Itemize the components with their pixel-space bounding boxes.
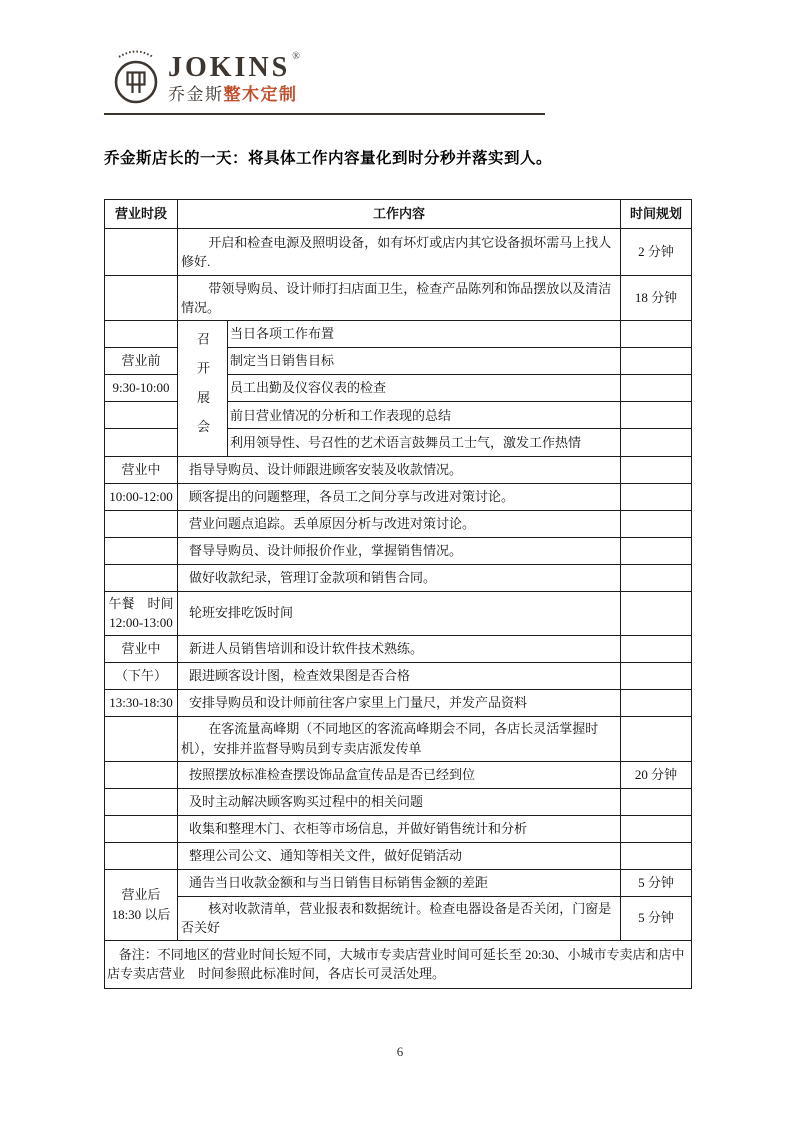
period-cell (105, 510, 178, 537)
period-line-2: 12:00-13:00 (107, 613, 175, 633)
content-cell: 整理公司公文、通知等相关文件，做好促销活动 (178, 842, 621, 869)
period-cell (105, 564, 178, 591)
time-cell (621, 375, 692, 402)
period-line-1: 营业后 (107, 885, 175, 905)
time-cell (621, 788, 692, 815)
time-cell (621, 564, 692, 591)
content-cell: 督导导购员、设计师报价作业，掌握销售情况。 (178, 537, 621, 564)
time-cell (621, 429, 692, 456)
brand-name: JOKINS (168, 54, 290, 82)
content-cell: 按照摆放标准检查摆设饰品盒宣传品是否已经到位 (178, 761, 621, 788)
time-cell (621, 815, 692, 842)
period-cell (105, 815, 178, 842)
time-cell (621, 842, 692, 869)
period-line-2: 18:30 以后 (107, 905, 175, 925)
table-row: 督导导购员、设计师报价作业，掌握销售情况。 (105, 537, 692, 564)
time-cell (621, 689, 692, 716)
schedule-table-container: 营业时段 工作内容 时间规划 开启和检查电源及照明设备，如有坏灯或店内其它设备损… (104, 199, 692, 989)
time-cell: 20 分钟 (621, 761, 692, 788)
task-cell: 当日各项工作布置 (228, 321, 621, 348)
header-divider (104, 113, 545, 115)
time-cell (621, 483, 692, 510)
time-cell (621, 591, 692, 635)
table-row: 带领导购员、设计师打扫店面卫生，检查产品陈列和饰品摆放以及清洁情况。 18 分钟 (105, 276, 692, 321)
table-row: 营业中 新进人员销售培训和设计软件技术熟练。 (105, 635, 692, 662)
period-cell (105, 276, 178, 321)
content-cell: 带领导购员、设计师打扫店面卫生，检查产品陈列和饰品摆放以及清洁情况。 (178, 276, 621, 321)
table-row: 营业问题点追踪。丢单原因分析与改进对策讨论。 (105, 510, 692, 537)
table-row: 开启和检查电源及照明设备，如有坏灯或店内其它设备损坏需马上找人修好. 2 分钟 (105, 229, 692, 276)
table-row: 营业中 指导导购员、设计师跟进顾客安装及收款情况。 (105, 456, 692, 483)
content-cell: 安排导购员和设计师前往客户家里上门量尺，并发产品资料 (178, 689, 621, 716)
table-header-row: 营业时段 工作内容 时间规划 (105, 200, 692, 229)
period-cell: 营业前 (105, 348, 178, 375)
table-row: 做好收款纪录，管理订金款项和销售合同。 (105, 564, 692, 591)
time-cell: 18 分钟 (621, 276, 692, 321)
table-row: 收集和整理木门、衣柜等市场信息，并做好销售统计和分析 (105, 815, 692, 842)
meeting-label-cell: 召开展会 (178, 321, 228, 457)
content-cell: 指导导购员、设计师跟进顾客安装及收款情况。 (178, 456, 621, 483)
schedule-table: 营业时段 工作内容 时间规划 开启和检查电源及照明设备，如有坏灯或店内其它设备损… (104, 199, 692, 989)
time-cell (621, 321, 692, 348)
period-cell (105, 788, 178, 815)
content-cell: 营业问题点追踪。丢单原因分析与改进对策讨论。 (178, 510, 621, 537)
logo-arc-ornament-icon (115, 48, 157, 59)
period-cell: 营业后 18:30 以后 (105, 869, 178, 940)
content-cell: 收集和整理木门、衣柜等市场信息，并做好销售统计和分析 (178, 815, 621, 842)
content-cell: 通告当日收款金额和与当日销售目标销售金额的差距 (178, 869, 621, 896)
period-cell (105, 537, 178, 564)
task-cell: 利用领导性、号召性的艺术语言鼓舞员工士气，激发工作热情 (228, 429, 621, 456)
period-cell (105, 842, 178, 869)
table-row: 营业后 18:30 以后 通告当日收款金额和与当日销售目标销售金额的差距 5 分… (105, 869, 692, 896)
period-cell: 营业中 (105, 456, 178, 483)
logo-emblem-icon (112, 48, 160, 105)
brand-logo: JOKINS ® 乔金斯整木定制 (112, 48, 300, 105)
time-cell (621, 510, 692, 537)
registered-trademark-icon: ® (292, 51, 300, 62)
period-cell: 9:30-10:00 (105, 375, 178, 402)
brand-cn-tagline: 整木定制 (224, 85, 298, 104)
time-cell: 5 分钟 (621, 869, 692, 896)
column-header-content: 工作内容 (178, 200, 621, 229)
table-row: 核对收款清单，营业报表和数据统计。检查电器设备是否关闭，门窗是否关好 5 分钟 (105, 896, 692, 940)
content-cell: 核对收款清单，营业报表和数据统计。检查电器设备是否关闭，门窗是否关好 (178, 896, 621, 940)
period-cell: 10:00-12:00 (105, 483, 178, 510)
note-cell: 备注：不同地区的营业时间长短不同，大城市专卖店营业时间可延长至 20:30、小城… (105, 940, 692, 988)
table-row: 按照摆放标准检查摆设饰品盒宣传品是否已经到位 20 分钟 (105, 761, 692, 788)
table-row: 13:30-18:30 安排导购员和设计师前往客户家里上门量尺，并发产品资料 (105, 689, 692, 716)
period-cell (105, 429, 178, 456)
table-row: 在客流量高峰期（不同地区的客流高峰期会不同，各店长灵活掌握时机），安排并监督导购… (105, 716, 692, 761)
time-cell (621, 537, 692, 564)
content-cell: 跟进顾客设计图，检查效果图是否合格 (178, 662, 621, 689)
period-cell (105, 229, 178, 276)
time-cell: 2 分钟 (621, 229, 692, 276)
column-header-period: 营业时段 (105, 200, 178, 229)
content-cell: 在客流量高峰期（不同地区的客流高峰期会不同，各店长灵活掌握时机），安排并监督导购… (178, 716, 621, 761)
period-cell: 午餐 时间 12:00-13:00 (105, 591, 178, 635)
content-cell: 顾客提出的问题整理，各员工之间分享与改进对策讨论。 (178, 483, 621, 510)
table-row: （下午） 跟进顾客设计图，检查效果图是否合格 (105, 662, 692, 689)
content-cell: 及时主动解决顾客购买过程中的相关问题 (178, 788, 621, 815)
time-cell (621, 635, 692, 662)
table-row: 整理公司公文、通知等相关文件，做好促销活动 (105, 842, 692, 869)
period-line-1: 午餐 时间 (107, 594, 175, 614)
page-number: 6 (0, 1044, 800, 1060)
meeting-label: 召开展会 (196, 332, 209, 449)
table-row: 10:00-12:00 顾客提出的问题整理，各员工之间分享与改进对策讨论。 (105, 483, 692, 510)
column-header-time: 时间规划 (621, 200, 692, 229)
brand-text: JOKINS ® 乔金斯整木定制 (168, 48, 300, 105)
time-cell: 5 分钟 (621, 896, 692, 940)
time-cell (621, 716, 692, 761)
content-cell: 做好收款纪录，管理订金款项和销售合同。 (178, 564, 621, 591)
table-row: 午餐 时间 12:00-13:00 轮班安排吃饭时间 (105, 591, 692, 635)
brand-cn-name: 乔金斯 (168, 85, 224, 104)
time-cell (621, 348, 692, 375)
page-title: 乔金斯店长的一天：将具体工作内容量化到时分秒并落实到人。 (104, 146, 552, 168)
task-cell: 前日营业情况的分析和工作表现的总结 (228, 402, 621, 429)
table-note-row: 备注：不同地区的营业时间长短不同，大城市专卖店营业时间可延长至 20:30、小城… (105, 940, 692, 988)
task-cell: 制定当日销售目标 (228, 348, 621, 375)
table-row: 及时主动解决顾客购买过程中的相关问题 (105, 788, 692, 815)
document-page: JOKINS ® 乔金斯整木定制 乔金斯店长的一天：将具体工作内容量化到时分秒并… (0, 0, 800, 1131)
period-cell: （下午） (105, 662, 178, 689)
content-cell: 开启和检查电源及照明设备，如有坏灯或店内其它设备损坏需马上找人修好. (178, 229, 621, 276)
time-cell (621, 402, 692, 429)
content-cell: 新进人员销售培训和设计软件技术熟练。 (178, 635, 621, 662)
period-cell (105, 761, 178, 788)
time-cell (621, 662, 692, 689)
logo-monogram-icon (113, 59, 159, 105)
content-cell: 轮班安排吃饭时间 (178, 591, 621, 635)
table-row: 召开展会 当日各项工作布置 (105, 321, 692, 348)
period-cell (105, 402, 178, 429)
time-cell (621, 456, 692, 483)
task-cell: 员工出勤及仪容仪表的检查 (228, 375, 621, 402)
period-cell: 营业中 (105, 635, 178, 662)
period-cell: 13:30-18:30 (105, 689, 178, 716)
period-cell (105, 716, 178, 761)
period-cell (105, 321, 178, 348)
